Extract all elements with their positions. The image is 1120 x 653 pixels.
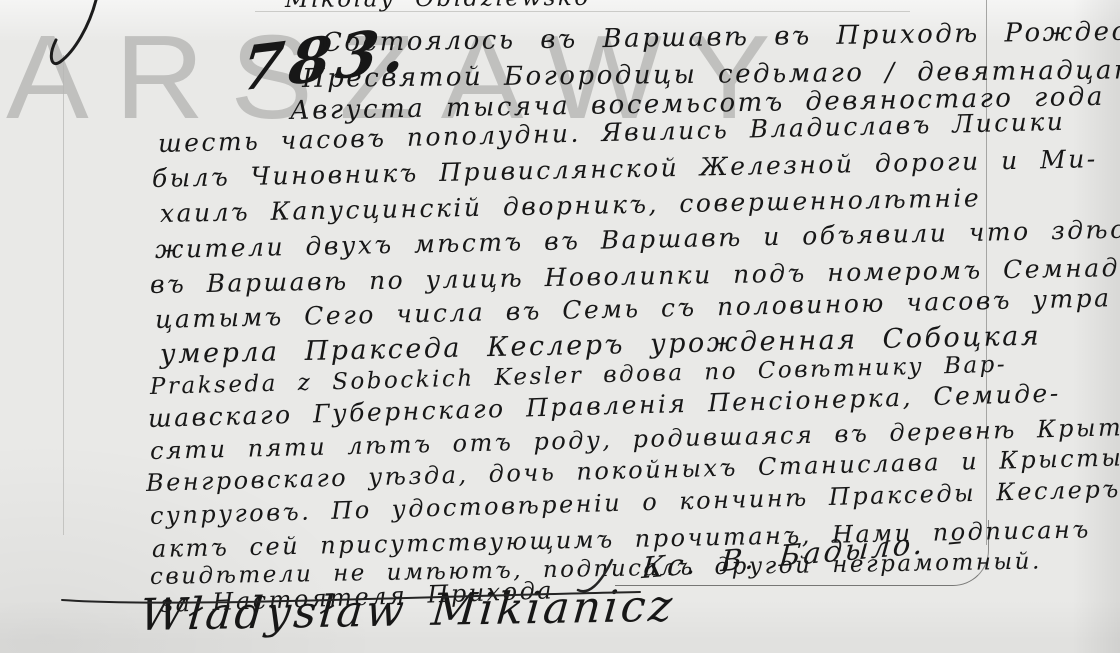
latin-signature: Władysław Mikianicz (138, 585, 677, 638)
scanned-document-page: ARSZAWY Mikołay Obidziewsko — 783. Состо… (0, 0, 1120, 653)
top-marginal-note: Mikołay Obidziewsko — (285, 0, 636, 12)
